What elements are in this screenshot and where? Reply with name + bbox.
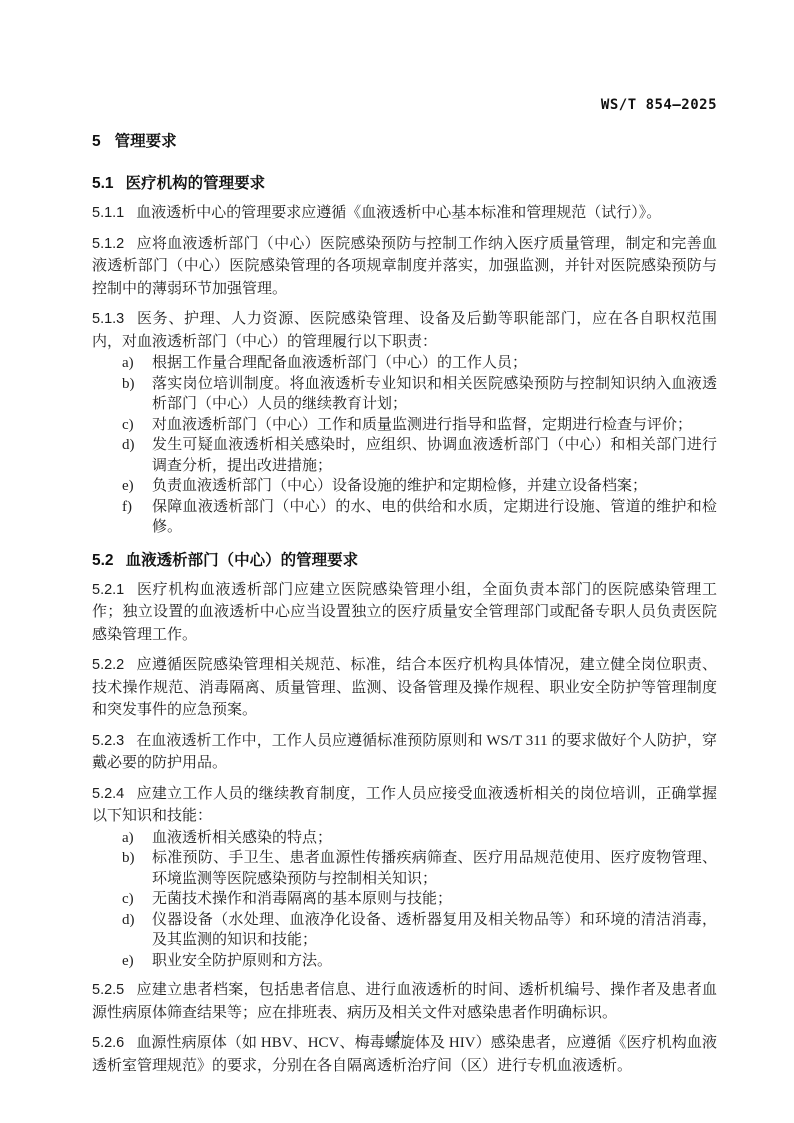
list-item-text: 标准预防、手卫生、患者血源性传播疾病筛查、医疗用品规范使用、医疗废物管理、环境监… [152,848,717,889]
section-5-1-heading: 5.1医疗机构的管理要求 [92,172,717,196]
clause-5-2-3: 5.2.3在血液透析工作中，工作人员应遵循标准预防原则和 WS/T 311 的要… [92,730,717,775]
clause-text: 血液透析中心的管理要求应遵循《血液透析中心基本标准和管理规范（试行）》。 [136,205,661,221]
clause-text: 医疗机构血液透析部门应建立医院感染管理小组，全面负责本部门的医院感染管理工作；独… [92,582,717,643]
clause-text: 应建立工作人员的继续教育制度，工作人员应接受血液透析相关的岗位培训，正确掌握以下… [92,786,717,825]
section-5-2-title: 血液透析部门（中心）的管理要求 [126,552,359,569]
list-item-text: 血液透析相关感染的特点； [152,828,717,849]
list-item-text: 职业安全防护原则和方法。 [152,951,717,972]
list-marker: e) [122,476,152,497]
list-item-text: 无菌技术操作和消毒隔离的基本原则与技能； [152,889,717,910]
clause-5-2-4: 5.2.4应建立工作人员的继续教育制度，工作人员应接受血液透析相关的岗位培训，正… [92,783,717,828]
list-marker: a) [122,828,152,849]
clause-number: 5.1.1 [92,205,124,221]
list-item-e: e)职业安全防护原则和方法。 [92,951,717,972]
section-5-1: 5.1医疗机构的管理要求 5.1.1血液透析中心的管理要求应遵循《血液透析中心基… [92,172,717,538]
section-5-1-title: 医疗机构的管理要求 [126,175,266,192]
clause-text: 应建立患者档案，包括患者信息、进行血液透析的时间、透析机编号、操作者及患者血源性… [92,982,717,1021]
clause-5-2-2: 5.2.2应遵循医院感染管理相关规范、标准，结合本医疗机构具体情况，建立健全岗位… [92,654,717,722]
clause-5-1-2: 5.1.2应将血液透析部门（中心）医院感染预防与控制工作纳入医疗质量管理，制定和… [92,233,717,301]
list-marker: b) [122,374,152,395]
chapter-title: 管理要求 [115,133,177,150]
clause-5-1-3-list: a)根据工作量合理配备血液透析部门（中心）的工作人员； b)落实岗位培训制度。将… [92,353,717,538]
section-5-2-number: 5.2 [92,552,114,569]
clause-5-1-3: 5.1.3医务、护理、人力资源、医院感染管理、设备及后勤等职能部门，应在各自职权… [92,308,717,353]
clause-5-1-1: 5.1.1血液透析中心的管理要求应遵循《血液透析中心基本标准和管理规范（试行）》… [92,202,717,225]
list-marker: c) [122,889,152,910]
list-marker: e) [122,951,152,972]
list-item-c: c)无菌技术操作和消毒隔离的基本原则与技能； [92,889,717,910]
clause-5-2-5: 5.2.5应建立患者档案，包括患者信息、进行血液透析的时间、透析机编号、操作者及… [92,979,717,1024]
list-marker: b) [122,848,152,869]
clause-text: 应将血液透析部门（中心）医院感染预防与控制工作纳入医疗质量管理，制定和完善血液透… [92,236,717,297]
clause-text: 医务、护理、人力资源、医院感染管理、设备及后勤等职能部门，应在各自职权范围内，对… [92,311,717,350]
list-marker: d) [122,910,152,931]
standard-number-header: WS/T 854—2025 [601,94,717,117]
list-item-a: a)血液透析相关感染的特点； [92,828,717,849]
clause-number: 5.2.1 [92,582,124,598]
list-item-text: 保障血液透析部门（中心）的水、电的供给和水质，定期进行设施、管道的维护和检修。 [152,497,717,538]
list-item-e: e)负责血液透析部门（中心）设备设施的维护和定期检修，并建立设备档案； [92,476,717,497]
chapter-heading: 5管理要求 [92,130,717,154]
clause-number: 5.2.4 [92,786,124,802]
list-marker: f) [122,497,152,518]
clause-text: 在血液透析工作中，工作人员应遵循标准预防原则和 WS/T 311 的要求做好个人… [92,733,717,772]
section-5-2: 5.2血液透析部门（中心）的管理要求 5.2.1医疗机构血液透析部门应建立医院感… [92,549,717,1078]
list-item-b: b)标准预防、手卫生、患者血源性传播疾病筛查、医疗用品规范使用、医疗废物管理、环… [92,848,717,889]
list-item-text: 落实岗位培训制度。将血液透析专业知识和相关医院感染预防与控制知识纳入血液透析部门… [152,374,717,415]
list-item-text: 仪器设备（水处理、血液净化设备、透析器复用及相关物品等）和环境的清洁消毒，及其监… [152,910,717,951]
clause-number: 5.1.3 [92,311,124,327]
list-marker: a) [122,353,152,374]
list-item-text: 负责血液透析部门（中心）设备设施的维护和定期检修，并建立设备档案； [152,476,717,497]
section-5-2-heading: 5.2血液透析部门（中心）的管理要求 [92,549,717,573]
list-marker: c) [122,415,152,436]
list-item-d: d)仪器设备（水处理、血液净化设备、透析器复用及相关物品等）和环境的清洁消毒，及… [92,910,717,951]
clause-text: 应遵循医院感染管理相关规范、标准，结合本医疗机构具体情况，建立健全岗位职责、技术… [92,657,717,718]
clause-number: 5.2.2 [92,657,124,673]
clause-number: 5.2.3 [92,733,124,749]
page-number: 4 [0,1026,794,1049]
list-item-f: f)保障血液透析部门（中心）的水、电的供给和水质，定期进行设施、管道的维护和检修… [92,497,717,538]
clause-5-2-4-list: a)血液透析相关感染的特点； b)标准预防、手卫生、患者血源性传播疾病筛查、医疗… [92,828,717,972]
chapter-number: 5 [92,133,101,150]
section-5-1-number: 5.1 [92,175,114,192]
list-item-text: 根据工作量合理配备血液透析部门（中心）的工作人员； [152,353,717,374]
clause-5-2-1: 5.2.1医疗机构血液透析部门应建立医院感染管理小组，全面负责本部门的医院感染管… [92,579,717,647]
clause-number: 5.1.2 [92,236,124,252]
list-item-a: a)根据工作量合理配备血液透析部门（中心）的工作人员； [92,353,717,374]
list-item-b: b)落实岗位培训制度。将血液透析专业知识和相关医院感染预防与控制知识纳入血液透析… [92,374,717,415]
list-item-text: 发生可疑血液透析相关感染时，应组织、协调血液透析部门（中心）和相关部门进行调查分… [152,435,717,476]
list-item-d: d)发生可疑血液透析相关感染时，应组织、协调血液透析部门（中心）和相关部门进行调… [92,435,717,476]
list-item-text: 对血液透析部门（中心）工作和质量监测进行指导和监督，定期进行检查与评价； [152,415,717,436]
list-marker: d) [122,435,152,456]
list-item-c: c)对血液透析部门（中心）工作和质量监测进行指导和监督，定期进行检查与评价； [92,415,717,436]
document-page: WS/T 854—2025 5管理要求 5.1医疗机构的管理要求 5.1.1血液… [0,0,794,1123]
clause-number: 5.2.5 [92,982,124,998]
